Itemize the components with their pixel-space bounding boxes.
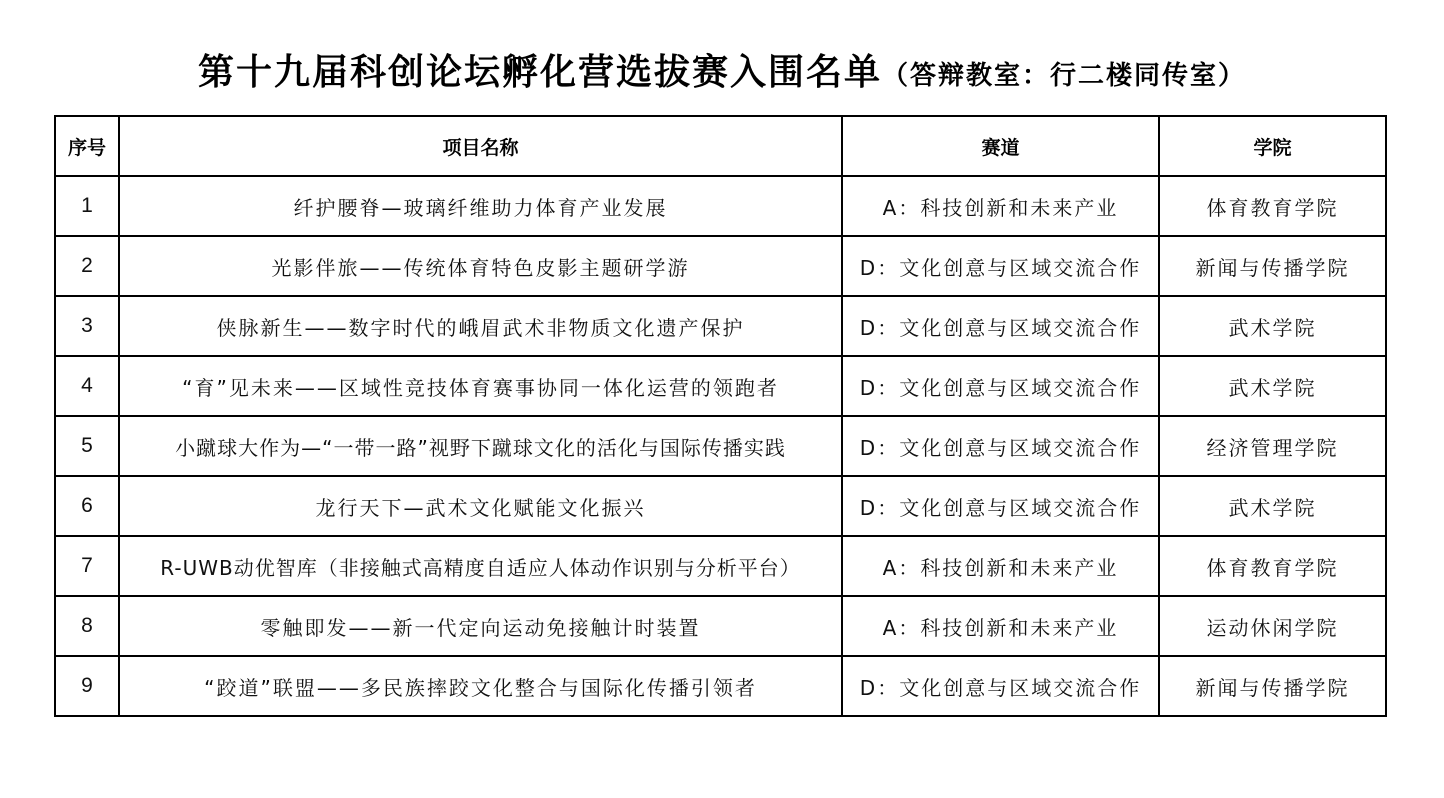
shortlist-table: 序号 项目名称 赛道 学院 1 纤护腰脊—玻璃纤维助力体育产业发展 A：科技创新… — [54, 115, 1387, 717]
cell-college: 经济管理学院 — [1159, 416, 1386, 476]
header-track: 赛道 — [842, 116, 1159, 176]
cell-college: 运动休闲学院 — [1159, 596, 1386, 656]
header-index: 序号 — [55, 116, 119, 176]
cell-index: 2 — [55, 236, 119, 296]
table-row: 5 小蹴球大作为—“一带一路”视野下蹴球文化的活化与国际传播实践 D：文化创意与… — [55, 416, 1386, 476]
title-main: 第十九届科创论坛孵化营选拔赛入围名单 — [198, 52, 882, 93]
cell-project: 纤护腰脊—玻璃纤维助力体育产业发展 — [119, 176, 842, 236]
table-row: 4 “育”见未来——区域性竞技体育赛事协同一体化运营的领跑者 D：文化创意与区域… — [55, 356, 1386, 416]
table-row: 6 龙行天下—武术文化赋能文化振兴 D：文化创意与区域交流合作 武术学院 — [55, 476, 1386, 536]
cell-index: 8 — [55, 596, 119, 656]
table-row: 9 “跤道”联盟——多民族摔跤文化整合与国际化传播引领者 D：文化创意与区域交流… — [55, 656, 1386, 716]
cell-track: D：文化创意与区域交流合作 — [842, 356, 1159, 416]
cell-index: 5 — [55, 416, 119, 476]
cell-track: D：文化创意与区域交流合作 — [842, 476, 1159, 536]
cell-track: D：文化创意与区域交流合作 — [842, 656, 1159, 716]
cell-project: 龙行天下—武术文化赋能文化振兴 — [119, 476, 842, 536]
cell-college: 武术学院 — [1159, 296, 1386, 356]
cell-track: D：文化创意与区域交流合作 — [842, 416, 1159, 476]
cell-index: 9 — [55, 656, 119, 716]
cell-project: R-UWB动优智库（非接触式高精度自适应人体动作识别与分析平台） — [119, 536, 842, 596]
cell-track: D：文化创意与区域交流合作 — [842, 236, 1159, 296]
cell-college: 武术学院 — [1159, 476, 1386, 536]
header-college: 学院 — [1159, 116, 1386, 176]
cell-project: “跤道”联盟——多民族摔跤文化整合与国际化传播引领者 — [119, 656, 842, 716]
title-subtitle-room: （答辩教室：行二楼同传室） — [882, 61, 1246, 91]
table-row: 1 纤护腰脊—玻璃纤维助力体育产业发展 A：科技创新和未来产业 体育教育学院 — [55, 176, 1386, 236]
cell-college: 体育教育学院 — [1159, 536, 1386, 596]
header-project: 项目名称 — [119, 116, 842, 176]
cell-index: 1 — [55, 176, 119, 236]
cell-project: 小蹴球大作为—“一带一路”视野下蹴球文化的活化与国际传播实践 — [119, 416, 842, 476]
table-row: 7 R-UWB动优智库（非接触式高精度自适应人体动作识别与分析平台） A：科技创… — [55, 536, 1386, 596]
cell-track: A：科技创新和未来产业 — [842, 176, 1159, 236]
cell-project: “育”见未来——区域性竞技体育赛事协同一体化运营的领跑者 — [119, 356, 842, 416]
table-header-row: 序号 项目名称 赛道 学院 — [55, 116, 1386, 176]
table-row: 8 零触即发——新一代定向运动免接触计时装置 A：科技创新和未来产业 运动休闲学… — [55, 596, 1386, 656]
cell-project: 光影伴旅——传统体育特色皮影主题研学游 — [119, 236, 842, 296]
cell-track: A：科技创新和未来产业 — [842, 596, 1159, 656]
cell-track: A：科技创新和未来产业 — [842, 536, 1159, 596]
cell-index: 4 — [55, 356, 119, 416]
cell-index: 6 — [55, 476, 119, 536]
document-title: 第十九届科创论坛孵化营选拔赛入围名单（答辩教室：行二楼同传室） — [0, 44, 1444, 95]
cell-index: 3 — [55, 296, 119, 356]
cell-index: 7 — [55, 536, 119, 596]
table-row: 2 光影伴旅——传统体育特色皮影主题研学游 D：文化创意与区域交流合作 新闻与传… — [55, 236, 1386, 296]
table-row: 3 侠脉新生——数字时代的峨眉武术非物质文化遗产保护 D：文化创意与区域交流合作… — [55, 296, 1386, 356]
cell-project: 侠脉新生——数字时代的峨眉武术非物质文化遗产保护 — [119, 296, 842, 356]
cell-college: 新闻与传播学院 — [1159, 236, 1386, 296]
cell-track: D：文化创意与区域交流合作 — [842, 296, 1159, 356]
cell-college: 武术学院 — [1159, 356, 1386, 416]
cell-project: 零触即发——新一代定向运动免接触计时装置 — [119, 596, 842, 656]
cell-college: 体育教育学院 — [1159, 176, 1386, 236]
cell-college: 新闻与传播学院 — [1159, 656, 1386, 716]
